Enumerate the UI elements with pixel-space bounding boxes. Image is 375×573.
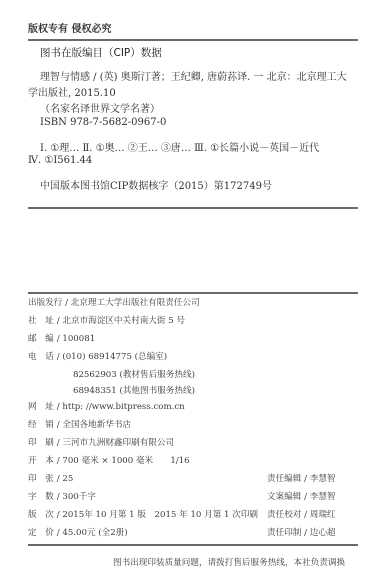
cip-classification-1: Ⅰ. ①理… Ⅱ. ①奥… ②王… ③唐… Ⅲ. ①长篇小说－英国－近代 xyxy=(40,139,319,154)
cip-title: 图书在版编目（CIP）数据 xyxy=(40,45,162,60)
imprint-row-phone: 电 话 / (010) 68914775 (总编室) xyxy=(28,350,167,362)
cip-check-number: 中国版本图书馆CIP数据核字（2015）第172749号 xyxy=(40,177,272,192)
cip-entry-line-1: 理智与情感 / (英) 奥斯汀著；王纪卿, 唐蔚荪译. 一 北京：北京理工大 xyxy=(40,68,347,83)
cip-series: （名家名译世界文学名著） xyxy=(40,100,160,115)
copyright-notice: 版权专有 侵权必究 xyxy=(28,20,111,35)
cip-classification-2: Ⅳ. ①I561.44 xyxy=(28,155,92,166)
imprint-row-word-count: 字 数 / 300千字 xyxy=(28,490,96,502)
staff-print-supervisor: 责任印制 / 边心超 xyxy=(267,526,336,538)
staff-copy-editor: 文案编辑 / 李慧智 xyxy=(267,490,336,502)
cip-isbn: ISBN 978-7-5682-0967-0 xyxy=(40,117,166,128)
divider-imprint-top xyxy=(28,292,358,294)
divider-cip-bottom xyxy=(28,207,358,209)
staff-chief-editor: 责任编辑 / 李慧智 xyxy=(267,472,336,484)
imprint-row-format: 开 本 / 700 毫米 × 1000 毫米 1/16 xyxy=(28,454,190,466)
imprint-row-website: 网 址 / http: //www.bitpress.com.cn xyxy=(28,400,185,412)
imprint-row-publisher: 出版发行 / 北京理工大学出版社有限责任公司 xyxy=(28,296,200,308)
imprint-row-printer: 印 刷 / 三河市九洲财鑫印刷有限公司 xyxy=(28,436,174,448)
imprint-row-edition: 版 次 / 2015年 10 月第 1 版 2015 年 10 月第 1 次印刷 xyxy=(28,508,258,520)
imprint-row-postcode: 邮 编 / 100081 xyxy=(28,332,95,344)
divider-top xyxy=(28,39,358,41)
imprint-row-phone-2: 82562903 (教材售后服务热线) xyxy=(73,368,195,380)
staff-proofreader: 责任校对 / 周瑞红 xyxy=(267,508,336,520)
imprint-row-address: 社 址 / 北京市海淀区中关村南大街 5 号 xyxy=(28,314,185,326)
imprint-row-sheets: 印 张 / 25 xyxy=(28,472,73,484)
cip-entry-line-2: 学出版社, 2015.10 xyxy=(28,84,116,99)
imprint-row-price: 定 价 / 45.00元 (全2册) xyxy=(28,526,128,538)
imprint-row-distributor: 经 销 / 全国各地新华书店 xyxy=(28,418,131,430)
imprint-row-phone-3: 68948351 (其他图书服务热线) xyxy=(73,384,195,396)
divider-imprint-bottom xyxy=(28,544,358,546)
quality-notice: 图书出现印装质量问题，请拨打售后服务热线，本社负责调换 xyxy=(113,556,345,568)
